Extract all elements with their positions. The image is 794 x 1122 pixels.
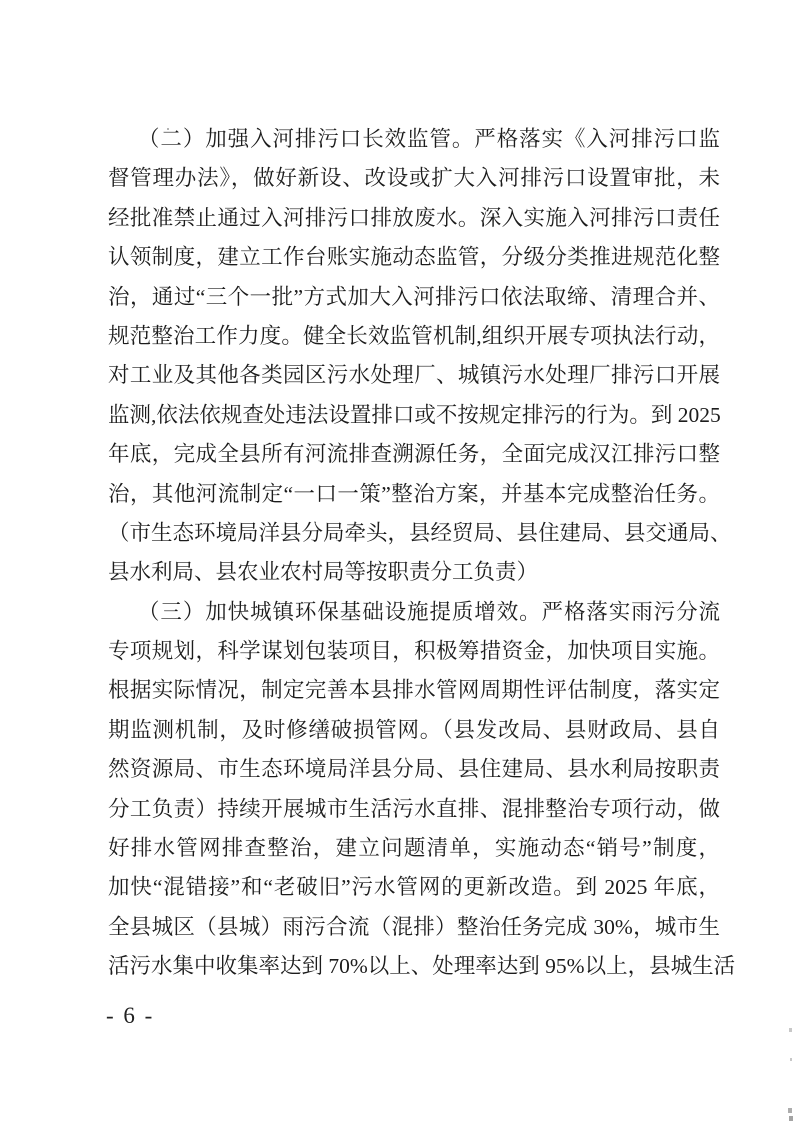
text-line: 规范整治工作力度。健全长效监管机制,组织开展专项执法行动， bbox=[108, 317, 720, 356]
scan-noise-speck bbox=[789, 1028, 792, 1032]
text-line: 县水利局、县农业农村局等按职责分工负责） bbox=[108, 553, 720, 592]
text-line: （三）加快城镇环保基础设施提质增效。严格落实雨污分流 bbox=[108, 593, 720, 632]
text-line: 根据实际情况，制定完善本县排水管网周期性评估制度，落实定 bbox=[108, 671, 720, 710]
text-line: 治，其他河流制定“一口一策”整治方案，并基本完成整治任务。 bbox=[108, 475, 720, 514]
text-line: 督管理办法》，做好新设、改设或扩大入河排污口设置审批，未 bbox=[108, 159, 720, 198]
scan-noise-speck bbox=[788, 1108, 792, 1113]
scan-noise-speck bbox=[790, 1058, 792, 1061]
text-line: 活污水集中收集率达到 70%以上、处理率达到 95%以上，县城生活 bbox=[108, 947, 720, 986]
document-page: （二）加强入河排污口长效监管。严格落实《入河排污口监督管理办法》，做好新设、改设… bbox=[0, 0, 794, 1122]
text-line: （市生态环境局洋县分局牵头，县经贸局、县住建局、县交通局、 bbox=[108, 514, 720, 553]
text-line: 分工负责）持续开展城市生活污水直排、混排整治专项行动，做 bbox=[108, 790, 720, 829]
page-number: - 6 - bbox=[106, 1003, 154, 1029]
text-line: 加快“混错接”和“老破旧”污水管网的更新改造。到 2025 年底， bbox=[108, 868, 720, 907]
document-text-block: （二）加强入河排污口长效监管。严格落实《入河排污口监督管理办法》，做好新设、改设… bbox=[108, 120, 720, 987]
text-line: 监测,依法依规查处违法设置排口或不按规定排污的行为。到 2025 bbox=[108, 396, 720, 435]
text-line: 对工业及其他各类园区污水处理厂、城镇污水处理厂排污口开展 bbox=[108, 356, 720, 395]
text-line: 认领制度，建立工作台账实施动态监管，分级分类推进规范化整 bbox=[108, 238, 720, 277]
scan-noise-speck bbox=[167, 128, 169, 130]
scan-noise-speck bbox=[789, 1116, 793, 1121]
text-line: 然资源局、市生态环境局洋县分局、县住建局、县水利局按职责 bbox=[108, 750, 720, 789]
text-line: 全县城区（县城）雨污合流（混排）整治任务完成 30%，城市生 bbox=[108, 908, 720, 947]
text-line: 治，通过“三个一批”方式加大入河排污口依法取缔、清理合并、 bbox=[108, 278, 720, 317]
text-line: （二）加强入河排污口长效监管。严格落实《入河排污口监 bbox=[108, 120, 720, 159]
text-line: 经批准禁止通过入河排污口排放废水。深入实施入河排污口责任 bbox=[108, 199, 720, 238]
text-line: 期监测机制，及时修缮破损管网。（县发改局、县财政局、县自 bbox=[108, 711, 720, 750]
text-line: 专项规划，科学谋划包装项目，积极筹措资金，加快项目实施。 bbox=[108, 632, 720, 671]
text-line: 年底，完成全县所有河流排查溯源任务，全面完成汉江排污口整 bbox=[108, 435, 720, 474]
text-line: 好排水管网排查整治，建立问题清单，实施动态“销号”制度， bbox=[108, 829, 720, 868]
